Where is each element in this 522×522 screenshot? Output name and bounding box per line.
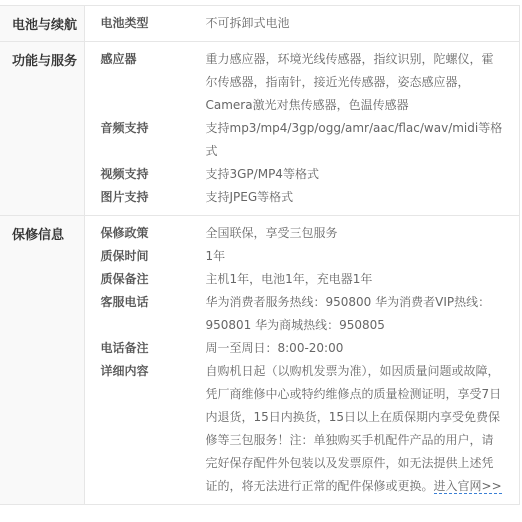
group-title: 电池与续航 (0, 6, 84, 42)
spec-item: 感应器 重力感应器，环境光线传感器，指纹识别，陀螺仪，霍尔传感器，指南针，接近光… (101, 48, 520, 117)
spec-value: 支持3GP/MP4等格式 (206, 163, 520, 186)
group-content: 电池类型 不可拆卸式电池 (84, 6, 520, 42)
spec-item: 详细内容 自购机日起（以购机发票为准），如因质量问题或故障，凭厂商维修中心或特约… (101, 360, 520, 498)
spec-value-detail: 自购机日起（以购机发票为准），如因质量问题或故障，凭厂商维修中心或特约维修点的质… (206, 360, 520, 498)
group-row-features: 功能与服务 感应器 重力感应器，环境光线传感器，指纹识别，陀螺仪，霍尔传感器，指… (0, 42, 520, 216)
spec-label: 详细内容 (101, 360, 206, 383)
spec-label: 电话备注 (101, 337, 206, 360)
group-row-battery: 电池与续航 电池类型 不可拆卸式电池 (0, 6, 520, 42)
spec-item: 保修政策 全国联保，享受三包服务 (101, 222, 520, 245)
spec-value: 华为消费者服务热线：950800 华为消费者VIP热线：950801 华为商城热… (206, 291, 520, 337)
spec-item: 图片支持 支持JPEG等格式 (101, 186, 520, 209)
spec-label: 图片支持 (101, 186, 206, 209)
spec-item: 质保时间 1年 (101, 245, 520, 268)
group-row-warranty: 保修信息 保修政策 全国联保，享受三包服务 质保时间 1年 质保备注 主机1年，… (0, 216, 520, 505)
spec-value: 支持mp3/mp4/3gp/ogg/amr/aac/flac/wav/midi等… (206, 117, 520, 163)
spec-label: 音频支持 (101, 117, 206, 140)
spec-value: 周一至周日：8:00-20:00 (206, 337, 520, 360)
spec-label: 电池类型 (101, 12, 206, 35)
spec-label: 质保时间 (101, 245, 206, 268)
spec-item: 音频支持 支持mp3/mp4/3gp/ogg/amr/aac/flac/wav/… (101, 117, 520, 163)
group-title: 功能与服务 (0, 42, 84, 216)
spec-label: 客服电话 (101, 291, 206, 314)
spec-value: 重力感应器，环境光线传感器，指纹识别，陀螺仪，霍尔传感器，指南针，接近光传感器，… (206, 48, 520, 117)
spec-label: 视频支持 (101, 163, 206, 186)
spec-label: 质保备注 (101, 268, 206, 291)
spec-value: 支持JPEG等格式 (206, 186, 520, 209)
group-content: 感应器 重力感应器，环境光线传感器，指纹识别，陀螺仪，霍尔传感器，指南针，接近光… (84, 42, 520, 216)
spec-item: 质保备注 主机1年，电池1年，充电器1年 (101, 268, 520, 291)
spec-value: 主机1年，电池1年，充电器1年 (206, 268, 520, 291)
spec-item: 电话备注 周一至周日：8:00-20:00 (101, 337, 520, 360)
detail-text: 自购机日起（以购机发票为准），如因质量问题或故障，凭厂商维修中心或特约维修点的质… (206, 364, 502, 493)
official-site-link[interactable]: 进入官网>> (434, 479, 502, 494)
spec-item: 客服电话 华为消费者服务热线：950800 华为消费者VIP热线：950801 … (101, 291, 520, 337)
spec-value: 不可拆卸式电池 (206, 12, 520, 35)
spec-value: 全国联保，享受三包服务 (206, 222, 520, 245)
spec-label: 保修政策 (101, 222, 206, 245)
spec-table: 电池与续航 电池类型 不可拆卸式电池 功能与服务 感应器 重力感应器，环境光线传… (0, 5, 520, 505)
spec-item: 视频支持 支持3GP/MP4等格式 (101, 163, 520, 186)
spec-label: 感应器 (101, 48, 206, 71)
group-content: 保修政策 全国联保，享受三包服务 质保时间 1年 质保备注 主机1年，电池1年，… (84, 216, 520, 505)
spec-item: 电池类型 不可拆卸式电池 (101, 12, 520, 35)
group-title: 保修信息 (0, 216, 84, 505)
spec-value: 1年 (206, 245, 520, 268)
